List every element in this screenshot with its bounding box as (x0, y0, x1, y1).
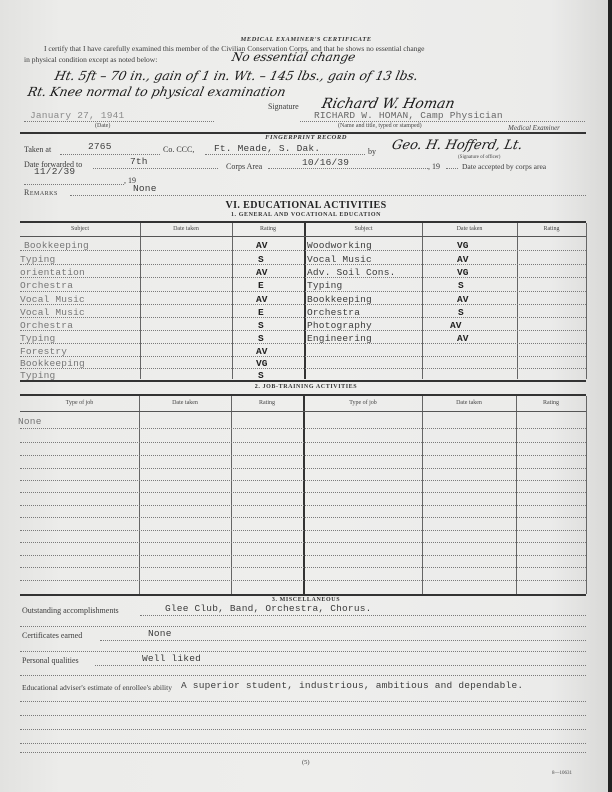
company-value: Ft. Meade, S. Dak. (214, 143, 320, 154)
accepted-label: Date accepted by corps area (462, 162, 546, 171)
qualities-label: Personal qualities (22, 656, 79, 665)
page-number: (5) (302, 759, 310, 766)
officer-signature: Geo. H. Hofferd, Lt. (390, 138, 524, 153)
educational-activities-title: VI. EDUCATIONAL ACTIVITIES (0, 200, 612, 211)
general-education-title: 1. GENERAL AND VOCATIONAL EDUCATION (0, 212, 612, 218)
table-cell-date: AV (457, 294, 468, 305)
table-cell-subject: Bookkeeping (307, 294, 372, 305)
year-suffix-1: , 19 (428, 162, 440, 171)
forwarded-value: 7th (130, 156, 148, 167)
table-cell-subject: Forestry (20, 346, 67, 357)
job-col-header-type-left: Type of job (20, 400, 139, 406)
table-cell-rating: S (258, 320, 264, 331)
accepted-value: 11/2/39 (34, 166, 75, 177)
job-training-row-type: None (18, 416, 42, 427)
handwritten-note-3: Rt. Knee normal to physical examination (26, 84, 287, 99)
table-cell-subject: Bookkeeping (20, 358, 85, 369)
by-label: by (368, 147, 376, 156)
medical-certificate-title: MEDICAL EXAMINER'S CERTIFICATE (0, 36, 612, 43)
table-cell-subject: Woodworking (307, 240, 372, 251)
table-cell-subject: Vocal Music (20, 307, 85, 318)
company-label: Co. CCC, (163, 145, 194, 154)
table-cell-rating: VG (256, 358, 267, 369)
estimate-value: A superior student, industrious, ambitio… (181, 680, 523, 691)
table-cell-subject: Adv. Soil Cons. (307, 267, 396, 278)
accomplishments-label: Outstanding accomplishments (22, 606, 119, 615)
role-caption: Medical Examiner (508, 124, 560, 132)
table-cell-rating: S (258, 333, 264, 344)
table-cell-subject: orientation (20, 267, 85, 278)
remarks-value: None (133, 183, 157, 194)
col-header-subject-left: Subject (20, 226, 140, 232)
table-cell-date: S (458, 307, 464, 318)
handwritten-note-1: No essential change (231, 50, 357, 64)
col-header-date-right: Date taken (422, 226, 517, 232)
handwritten-note-2: Ht. 5ft – 70 in., gain of 1 in. Wt. – 14… (53, 68, 419, 83)
accomplishments-value: Glee Club, Band, Orchestra, Chorus. (165, 603, 372, 614)
table-cell-date: AV (457, 254, 468, 265)
job-col-header-type-right: Type of job (304, 400, 422, 406)
document-page: MEDICAL EXAMINER'S CERTIFICATE I certify… (0, 0, 612, 792)
col-header-date-left: Date taken (140, 226, 232, 232)
job-training-title: 2. JOB-TRAINING ACTIVITIES (0, 384, 612, 390)
table-cell-rating: S (258, 254, 264, 265)
table-cell-subject: Orchestra (20, 280, 73, 291)
table-cell-date: S (458, 280, 464, 291)
certificates-label: Certificates earned (22, 631, 82, 640)
signature-label: Signature (268, 102, 299, 111)
job-col-header-date-left: Date taken (139, 400, 231, 406)
col-header-rating-left: Rating (232, 226, 304, 232)
job-col-header-rating-right: Rating (516, 400, 586, 406)
table-cell-date: AV (450, 320, 461, 331)
table-cell-rating: E (258, 307, 264, 318)
job-col-header-date-right: Date taken (422, 400, 516, 406)
table-cell-subject: Typing (307, 280, 342, 291)
corps-area-label: Corps Area (226, 162, 262, 171)
table-cell-subject: Bookkeeping (24, 240, 89, 251)
table-cell-date: AV (457, 333, 468, 344)
table-cell-subject: Typing (20, 254, 55, 265)
officer-caption: (Signature of officer) (458, 155, 500, 160)
certificates-value: None (148, 628, 172, 639)
page-edge-shadow (608, 0, 612, 792)
taken-at-value: 2765 (88, 141, 112, 152)
table-cell-subject: Engineering (307, 333, 372, 344)
table-cell-subject: Orchestra (307, 307, 360, 318)
table-cell-rating: AV (256, 240, 267, 251)
table-cell-rating: AV (256, 294, 267, 305)
name-caption: (Name and title, typed or stamped) (338, 123, 422, 129)
job-col-header-rating-left: Rating (231, 400, 303, 406)
remarks-label: Remarks (24, 188, 58, 197)
form-number: 8—10631 (552, 771, 572, 776)
table-cell-date: VG (457, 240, 468, 251)
qualities-value: Well liked (142, 653, 201, 664)
estimate-label: Educational adviser's estimate of enroll… (22, 683, 172, 692)
certificate-date: January 27, 1941 (30, 110, 205, 121)
col-header-subject-right: Subject (305, 226, 422, 232)
table-cell-date: VG (457, 267, 468, 278)
taken-at-label: Taken at (24, 145, 51, 154)
table-cell-subject: Orchestra (20, 320, 73, 331)
table-cell-rating: AV (256, 346, 267, 357)
table-cell-rating: E (258, 280, 264, 291)
examiner-name: RICHARD W. HOMAN, Camp Physician (314, 110, 503, 121)
corps-area-value: 10/16/39 (302, 157, 349, 168)
table-cell-subject: Vocal Music (307, 254, 372, 265)
table-cell-subject: Typing (20, 333, 55, 344)
table-cell-rating: AV (256, 267, 267, 278)
date-caption: (Date) (95, 123, 110, 129)
col-header-rating-right: Rating (517, 226, 586, 232)
table-cell-subject: Vocal Music (20, 294, 85, 305)
table-cell-subject: Photography (307, 320, 372, 331)
certificate-statement-line2: in physical condition except as noted be… (24, 55, 157, 64)
